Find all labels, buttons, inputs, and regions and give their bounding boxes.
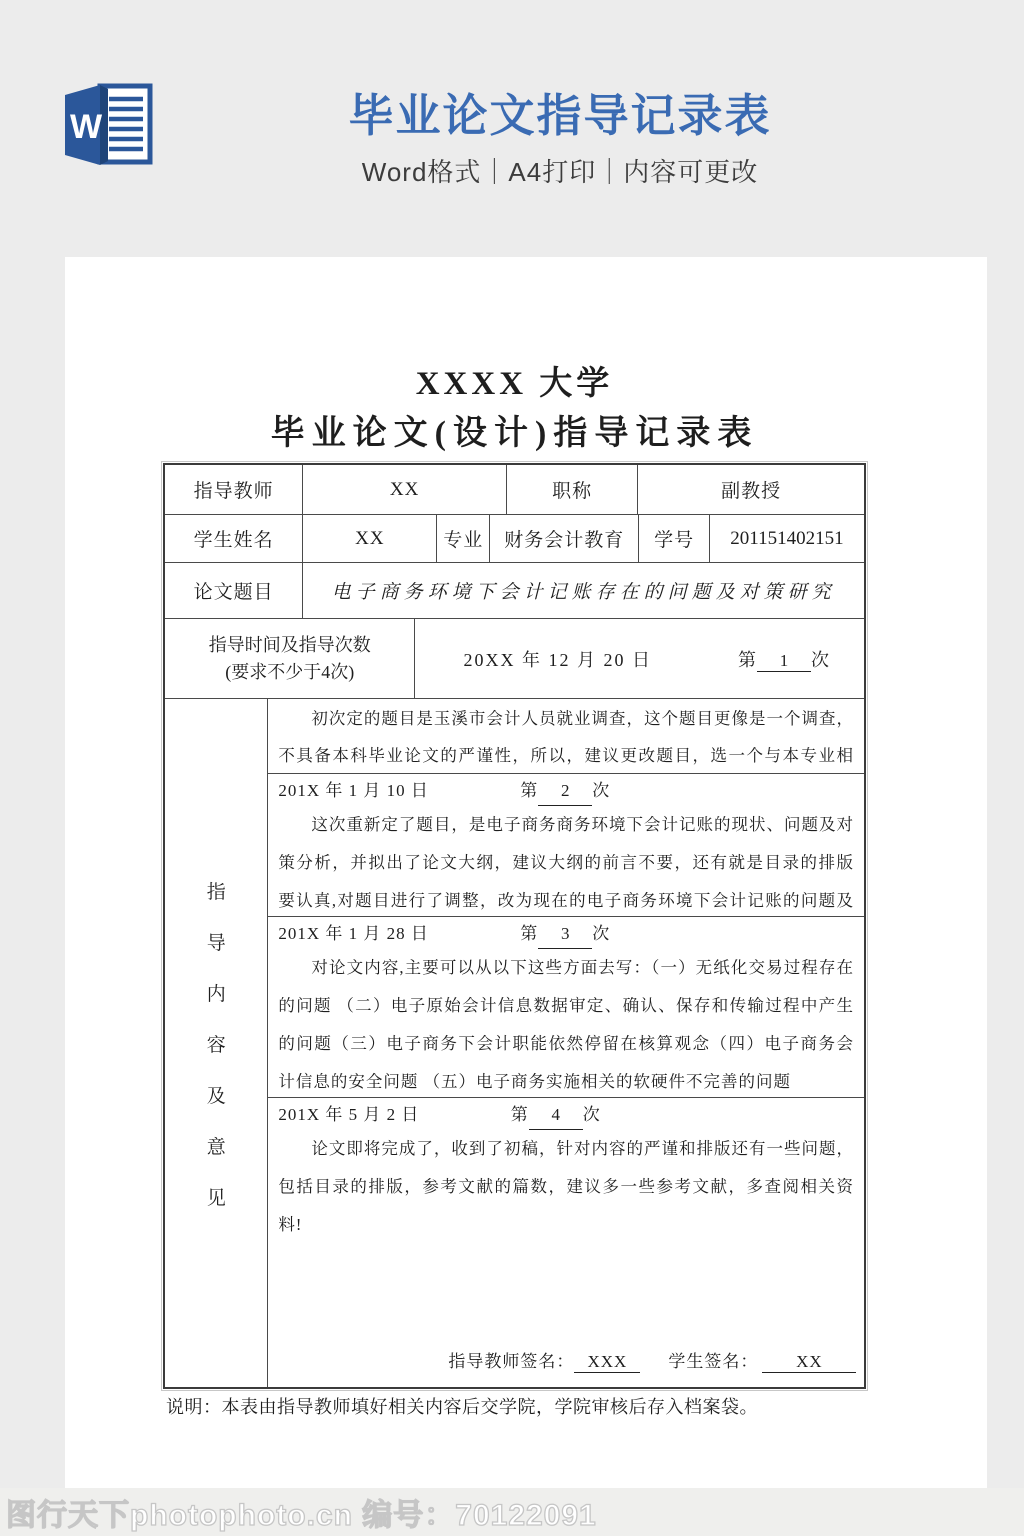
guidance-count-2: 第2次 <box>520 781 610 800</box>
header-title: 毕业论文指导记录表 <box>60 90 1024 142</box>
footnote: 说明：本表由指导教师填好相关内容后交学院，学院审核后存入档案袋。 <box>166 1393 758 1419</box>
header-text: 毕业论文指导记录表 Word格式｜A4打印｜内容可更改 <box>60 90 1024 189</box>
count-value: 4 <box>529 1100 583 1130</box>
guidance-count-1: 第1次 <box>738 646 830 672</box>
table-row-thesis-title: 论文题目 电子商务环境下会计记账存在的问题及对策研究 <box>165 563 864 619</box>
document-page: XXXX 大学 毕业论文(设计)指导记录表 指导教师 XX 职称 副教授 学生姓… <box>65 257 987 1536</box>
guidance-text-4: 论文即将完成了，收到了初稿，针对内容的严谨和排版还有一些问题，包括目录的排版，参… <box>268 1130 864 1244</box>
student-label: 学生姓名 <box>165 515 303 563</box>
guidance-section-1: 初次定的题目是玉溪市会计人员就业调查，这个题目更像是一个调查，不具备本科毕业论文… <box>268 699 864 774</box>
guidance-text-2: 这次重新定了题目，是电子商务商务环境下会计记账的现状、问题及对策分析，并拟出了论… <box>268 806 864 917</box>
count-suffix: 次 <box>811 650 830 670</box>
table-row-guidance-content: 指 导 内 容 及 意 见 初次定的题目是玉溪市会计人员就业调查，这个题目更像是… <box>165 699 864 1387</box>
student-id-label: 学号 <box>639 515 710 563</box>
university-title: XXXX 大学 <box>163 357 866 404</box>
teacher-value: XX <box>303 465 507 515</box>
guidance-time-value: 20XX 年 12 月 20 日 第1次 <box>415 619 864 699</box>
record-table: 指导教师 XX 职称 副教授 学生姓名 XX 专业 财务会计教育 学号 2011… <box>163 463 866 1389</box>
thesis-title-label: 论文题目 <box>165 563 303 619</box>
count-suffix: 次 <box>592 781 610 800</box>
guidance-count-4: 第4次 <box>511 1105 601 1124</box>
signature-line: 指导教师签名：XXX学生签名：XX <box>268 1347 864 1387</box>
guidance-time-label: 指导时间及指导次数 (要求不少于4次) <box>165 619 415 699</box>
vlabel-char: 意 <box>207 1132 226 1159</box>
count-prefix: 第 <box>520 781 538 800</box>
teacher-label: 指导教师 <box>165 465 303 515</box>
guidance-section-3: 201X 年 1 月 28 日 第3次 对论文内容,主要可以从以下这些方面去写：… <box>268 917 864 1098</box>
header-subtitle: Word格式｜A4打印｜内容可更改 <box>60 152 1024 189</box>
guidance-content-cell: 初次定的题目是玉溪市会计人员就业调查，这个题目更像是一个调查，不具备本科毕业论文… <box>268 699 864 1387</box>
major-label: 专业 <box>437 515 490 563</box>
guidance-count-3: 第3次 <box>520 924 610 943</box>
student-id-value: 201151402151 <box>710 515 864 563</box>
guidance-section-3-head: 201X 年 1 月 28 日 第3次 <box>268 917 864 949</box>
student-signature-label: 学生签名： <box>668 1352 758 1371</box>
guidance-section-2: 201X 年 1 月 10 日 第2次 这次重新定了题目，是电子商务商务环境下会… <box>268 774 864 917</box>
count-prefix: 第 <box>520 924 538 943</box>
table-row-teacher: 指导教师 XX 职称 副教授 <box>165 465 864 515</box>
guidance-date-1: 20XX 年 12 月 20 日 <box>463 646 652 672</box>
guidance-time-label-line1: 指导时间及指导次数 <box>209 632 371 659</box>
guidance-text-1: 初次定的题目是玉溪市会计人员就业调查，这个题目更像是一个调查，不具备本科毕业论文… <box>268 699 864 774</box>
vlabel-char: 见 <box>207 1183 226 1210</box>
teacher-signature-label: 指导教师签名： <box>448 1352 574 1371</box>
student-value: XX <box>303 515 437 563</box>
count-value: 2 <box>538 776 592 806</box>
guidance-section-4-head: 201X 年 5 月 2 日 第4次 <box>268 1098 864 1130</box>
count-suffix: 次 <box>583 1105 601 1124</box>
guidance-text-3: 对论文内容,主要可以从以下这些方面去写：（一）无纸化交易过程存在的问题 （二）电… <box>268 949 864 1098</box>
guidance-date-3: 201X 年 1 月 28 日 <box>278 924 429 943</box>
rank-label: 职称 <box>507 465 638 515</box>
guidance-time-label-line2: (要求不少于4次) <box>225 659 354 686</box>
watermark-bar: 图行天下photophoto.cn 编号：70122091 <box>0 1488 1024 1536</box>
table-row-guidance-time: 指导时间及指导次数 (要求不少于4次) 20XX 年 12 月 20 日 第1次 <box>165 619 864 699</box>
guidance-date-4: 201X 年 5 月 2 日 <box>278 1105 419 1124</box>
count-prefix: 第 <box>511 1105 529 1124</box>
guidance-date-2: 201X 年 1 月 10 日 <box>278 781 429 800</box>
watermark-text: 图行天下photophoto.cn 编号：70122091 <box>6 1490 597 1534</box>
guidance-section-2-head: 201X 年 1 月 10 日 第2次 <box>268 774 864 806</box>
page-canvas: W 毕业论文指导记录表 Word格式｜A4打印｜内容可更改 XXXX 大学 毕业… <box>0 0 1024 1536</box>
count-value: 1 <box>757 651 811 672</box>
student-signature-value: XX <box>762 1352 856 1373</box>
count-value: 3 <box>538 919 592 949</box>
vlabel-char: 及 <box>207 1081 226 1108</box>
count-prefix: 第 <box>738 650 757 670</box>
rank-value: 副教授 <box>638 465 864 515</box>
teacher-signature-value: XXX <box>574 1352 640 1373</box>
major-value: 财务会计教育 <box>490 515 639 563</box>
vlabel-char: 内 <box>207 979 226 1006</box>
vlabel-char: 容 <box>207 1030 226 1057</box>
guidance-content-label: 指 导 内 容 及 意 见 <box>165 699 268 1387</box>
table-row-student: 学生姓名 XX 专业 财务会计教育 学号 201151402151 <box>165 515 864 563</box>
document-title: 毕业论文(设计)指导记录表 <box>163 405 866 454</box>
guidance-section-4: 201X 年 5 月 2 日 第4次 论文即将完成了，收到了初稿，针对内容的严谨… <box>268 1098 864 1387</box>
thesis-title-value: 电子商务环境下会计记账存在的问题及对策研究 <box>303 563 864 619</box>
count-suffix: 次 <box>592 924 610 943</box>
vlabel-char: 指 <box>207 877 226 904</box>
vlabel-char: 导 <box>207 928 226 955</box>
